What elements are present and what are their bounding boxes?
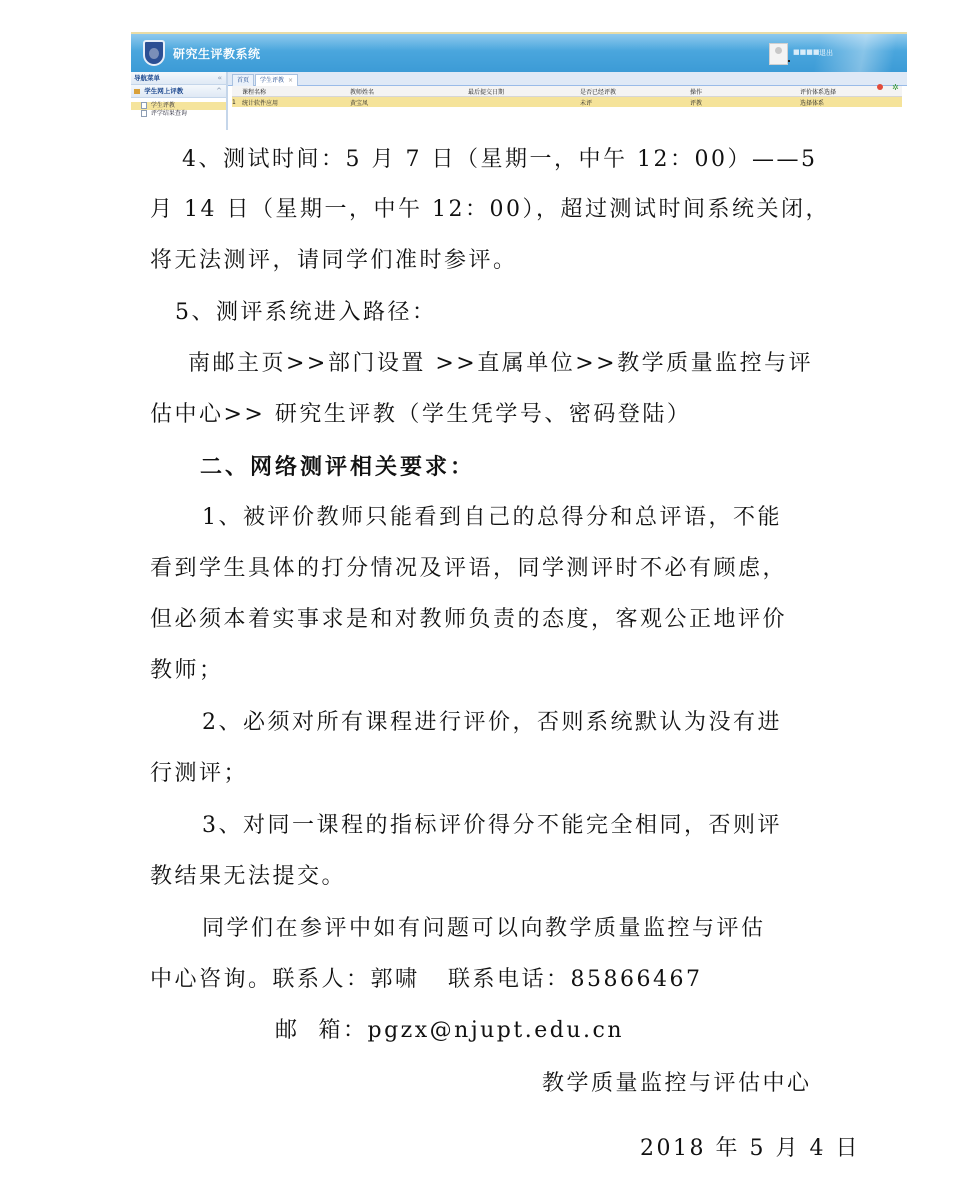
sidebar-item-label: 学生评教 <box>151 102 175 109</box>
embedded-app-screenshot: 研究生评教系统 ■■■■ 退出 导航菜单 « 学生网上评教 ^ 学生评教 评学结… <box>131 32 907 130</box>
sidebar-header: 导航菜单 « <box>131 72 226 85</box>
user-name: ■■■■ <box>793 48 819 56</box>
paragraph-path-line-2: 估中心>> 研究生评教（学生凭学号、密码登陆） <box>150 397 691 428</box>
cell-last-submit <box>468 97 580 108</box>
app-body: 导航菜单 « 学生网上评教 ^ 学生评教 评学结果查询 首页 <box>131 72 907 130</box>
requirement-2-line-2: 行测评； <box>150 756 248 787</box>
requirement-1-line-1: 1、被评价教师只能看到自己的总得分和总评语，不能 <box>202 500 782 531</box>
refresh-icon[interactable]: ✲ <box>892 84 899 91</box>
sidebar: 导航菜单 « 学生网上评教 ^ 学生评教 评学结果查询 <box>131 72 228 130</box>
tab-label: 学生评教 <box>260 77 284 84</box>
university-logo-icon <box>143 40 165 66</box>
requirement-3-line-2: 教结果无法提交。 <box>150 859 346 890</box>
contact-line-2: 中心咨询。联系人：郭啸 联系电话：85866467 <box>150 962 702 993</box>
table-header-row: 课程名称 教师姓名 最后提交日期 是否已经评教 操作 评价体系选择 <box>232 86 902 97</box>
evaluate-link[interactable]: 评教 <box>690 97 800 108</box>
column-header-course[interactable]: 课程名称 <box>242 86 350 97</box>
app-header: 研究生评教系统 ■■■■ 退出 <box>131 34 907 72</box>
tab-home[interactable]: 首页 <box>232 74 254 86</box>
sidebar-item-label: 评学结果查询 <box>151 110 187 117</box>
app-title: 研究生评教系统 <box>173 45 261 62</box>
column-header-last-submit[interactable]: 最后提交日期 <box>468 86 580 97</box>
contact-email: 邮 箱：pgzx@njupt.edu.cn <box>275 1013 624 1044</box>
tab-student-evaluation[interactable]: 学生评教 × <box>255 74 298 86</box>
paragraph-test-time-line-1: 4、测试时间：5 月 7 日（星期一，中午 12：00）——5 <box>182 142 817 173</box>
sidebar-group-label: 学生网上评教 <box>144 87 183 95</box>
sidebar-item-result-query[interactable]: 评学结果查询 <box>131 110 226 118</box>
section-heading-requirements: 二、网络测评相关要求： <box>200 450 475 481</box>
tab-label: 首页 <box>237 77 249 84</box>
paragraph-path-line-1: 南邮主页>>部门设置 >>直属单位>>教学质量监控与评 <box>188 346 813 377</box>
paragraph-path-heading: 5、测评系统进入路径： <box>175 295 437 326</box>
tab-bar: 首页 学生评教 × ✲ <box>228 72 907 86</box>
paragraph-test-time-line-2: 月 14 日（星期一，中午 12：00），超过测试时间系统关闭， <box>150 192 830 223</box>
main-content: 首页 学生评教 × ✲ 课程名称 教师姓名 最后提交日期 <box>228 72 907 130</box>
sidebar-group-online-evaluation[interactable]: 学生网上评教 ^ <box>131 85 226 98</box>
sidebar-header-label: 导航菜单 <box>134 74 160 82</box>
column-header-index <box>232 86 242 97</box>
folder-icon <box>134 89 140 94</box>
user-menu-dot <box>788 60 790 62</box>
document-icon <box>141 110 147 117</box>
document-icon <box>141 102 147 109</box>
requirement-1-line-4: 教师； <box>150 653 224 684</box>
close-all-icon[interactable] <box>877 84 883 90</box>
paragraph-test-time-line-3: 将无法测评，请同学们准时参评。 <box>150 243 518 274</box>
column-header-teacher[interactable]: 教师姓名 <box>350 86 468 97</box>
requirement-1-line-2: 看到学生具体的打分情况及评语，同学测评时不必有顾虑， <box>150 551 787 582</box>
requirement-1-line-3: 但必须本着实事求是和对教师负责的态度，客观公正地评价 <box>150 602 787 633</box>
contact-line-1: 同学们在参评中如有问题可以向教学质量监控与评估 <box>202 911 766 942</box>
group-toggle-icon[interactable]: ^ <box>216 85 222 97</box>
cell-evaluated: 未评 <box>580 97 690 108</box>
signature-date: 2018 年 5 月 4 日 <box>640 1131 860 1162</box>
close-tab-icon[interactable]: × <box>288 77 293 84</box>
cell-teacher: 黄宝凤 <box>350 97 468 108</box>
column-header-evaluated[interactable]: 是否已经评教 <box>580 86 690 97</box>
table-row[interactable]: 1 统计软件应用 黄宝凤 未评 评教 选择体系 <box>232 97 902 108</box>
course-table: 课程名称 教师姓名 最后提交日期 是否已经评教 操作 评价体系选择 1 统计软件… <box>232 86 902 107</box>
signature-organization: 教学质量监控与评估中心 <box>542 1066 812 1097</box>
column-header-action[interactable]: 操作 <box>690 86 800 97</box>
row-index: 1 <box>232 97 242 108</box>
sidebar-item-student-evaluation[interactable]: 学生评教 <box>131 102 226 110</box>
requirement-2-line-1: 2、必须对所有课程进行评价，否则系统默认为没有进 <box>202 705 782 736</box>
select-system-link[interactable]: 选择体系 <box>800 97 902 108</box>
requirement-3-line-1: 3、对同一课程的指标评价得分不能完全相同，否则评 <box>202 808 782 839</box>
user-avatar-icon[interactable] <box>769 43 788 65</box>
toolbar-icons: ✲ <box>877 75 899 94</box>
collapse-sidebar-icon[interactable]: « <box>217 72 222 84</box>
cell-course: 统计软件应用 <box>242 97 350 108</box>
logout-link[interactable]: 退出 <box>819 48 833 58</box>
